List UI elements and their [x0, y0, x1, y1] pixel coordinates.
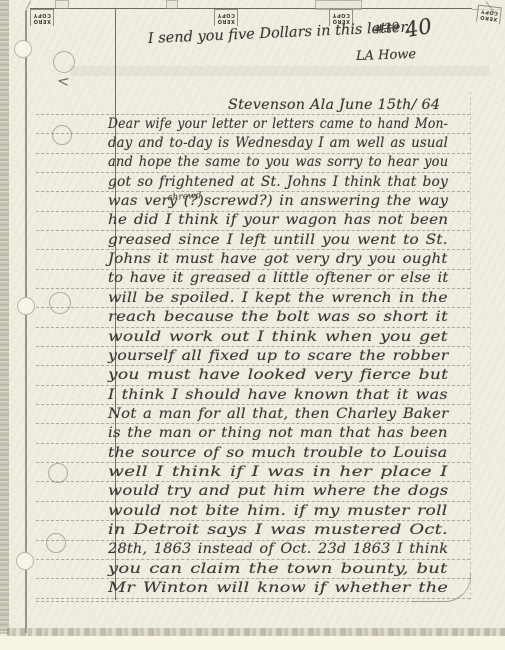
scanner-background	[0, 636, 505, 650]
letter-line: you can claim the town bounty, but	[108, 560, 448, 579]
letter-line: Dear wife your letter or letters came to…	[108, 115, 448, 134]
letter-line: reach because the bolt was so short it	[108, 308, 448, 327]
letter-heading: Stevenson Ala June 15th/ 64	[228, 96, 440, 115]
paper-edge-bottom	[7, 628, 505, 636]
letter-line: Not a man for all that, then Charley Bak…	[108, 405, 448, 424]
letter-line: I think I should have known that it was	[108, 386, 448, 405]
letter-line: is the man or thing not man that has bee…	[108, 424, 448, 443]
letter-line: 28th, 1863 instead of Oct. 23d 1863 I th…	[108, 540, 448, 559]
letter-line: would try and put him where the dogs	[108, 482, 448, 501]
letter-line: he did I think if your wagon has not bee…	[108, 211, 448, 230]
letter-line: and hope the same to you was sorry to he…	[108, 153, 448, 172]
scan-edge-left	[0, 0, 9, 634]
letter-line: you must have looked very fierce but	[108, 366, 448, 385]
letter-line: got so frightened at St. Johns I think t…	[108, 173, 448, 192]
letter-line: greased since I left untill you went to …	[108, 231, 448, 250]
letter-line: Johns it must have got very dry you ough…	[108, 250, 448, 269]
scanned-letter-page: XERO COPY XERO COPY XERO COPY XERO COPY …	[0, 0, 505, 636]
letter-line: Mr Winton will know if whether the	[108, 579, 448, 598]
letter-line: well I think if I was in her place I	[108, 463, 448, 482]
letter-line: in Detroit says I was mustered Oct.	[108, 521, 448, 540]
letter-line: yourself all fixed up to scare the robbe…	[108, 347, 449, 366]
letter-line: the source of so much trouble to Louisa	[108, 444, 447, 463]
letter-line: would not bite him. if my muster roll	[108, 502, 447, 521]
letter-line: day and to-day is Wednesday I am well as…	[108, 134, 448, 153]
letter-line: would work out I think when you get	[108, 328, 448, 347]
letter-line: to have it greased a little oftener or e…	[108, 269, 449, 288]
letter-body: Stevenson Ala June 15th/ 64 Dear wife yo…	[0, 0, 505, 650]
letter-line: will be spoiled. I kept the wrench in th…	[108, 289, 448, 308]
letter-line: was very (?)screwd?) in answering the wa…	[108, 192, 448, 211]
